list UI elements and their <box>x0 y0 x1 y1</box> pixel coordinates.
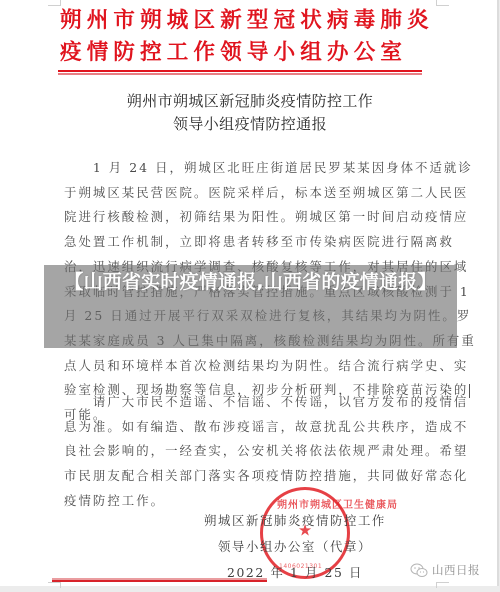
signature-line-1: 朔城区新冠肺炎疫情防控工作 <box>200 508 390 534</box>
caption-overlay-title: 【山西省实时疫情通报,山西省的疫情通报】 <box>44 270 457 294</box>
text-line: 1 月 24 日，朔城区北旺庄街道居民罗某某因身体不适就诊 <box>64 156 436 181</box>
title-line-1: 朔州市朔城区新冠肺炎疫情防控工作 <box>60 90 440 113</box>
text-line: 市民朋友配合相关部门落实各项疫情防控措施，共同做好常态化 <box>64 464 436 489</box>
signature-block: 朔城区新冠肺炎疫情防控工作 领导小组办公室（代章） 2022 年 1 月 25 … <box>200 508 390 586</box>
document-title: 朔州市朔城区新冠肺炎疫情防控工作 领导小组疫情防控通报 <box>60 90 440 136</box>
signature-line-2: 领导小组办公室（代章） <box>200 534 390 560</box>
text-line: 急处置工作机制，立即将患者转移至市传染病医院进行隔离救 <box>64 230 436 255</box>
text-line: 点人员和环境样本首次检测结果均为阴性。结合流行病学史、实 <box>64 354 436 379</box>
text-line: 院进行核酸检测，初筛结果为阳性。朔城区第一时间启动疫情应 <box>64 205 436 230</box>
letterhead-line-1: 朔州市朔城区新型冠状病毒肺炎 <box>60 5 440 37</box>
signature-date: 2022 年 1 月 25 日 <box>200 560 390 586</box>
text-line: 请广大市民不造谣、不信谣、不传谣，以官方发布的疫情信 <box>64 390 436 415</box>
red-letterhead: 朔州市朔城区新型冠状病毒肺炎 疫情防控工作领导小组办公室 <box>60 5 440 69</box>
letterhead-red-rule <box>58 70 422 72</box>
watermark-label: 山西日报 <box>432 562 480 578</box>
text-cursor <box>469 384 470 398</box>
source-watermark: 山西日报 <box>410 562 480 578</box>
letterhead-line-2: 疫情防控工作领导小组办公室 <box>60 37 440 69</box>
body-paragraph-2: 请广大市民不造谣、不信谣、不传谣，以官方发布的疫情信 息为准。如有编造、散布涉疫… <box>64 390 436 514</box>
title-line-2: 领导小组疫情防控通报 <box>60 113 440 136</box>
page-corner-mark <box>436 582 449 588</box>
text-line: 于朔城区某民营医院。医院采样后，标本送至朔城区第二人民医 <box>64 181 436 206</box>
footer-red-rule <box>52 580 267 582</box>
page-corner-mark <box>48 582 61 588</box>
wechat-icon <box>410 563 428 578</box>
text-line: 良社会影响的，一经查实，公安机关将依法依规严肃处理。希望 <box>64 439 436 464</box>
text-line: 息为准。如有编造、散布涉疫谣言，故意扰乱公共秩序，造成不 <box>64 415 436 440</box>
